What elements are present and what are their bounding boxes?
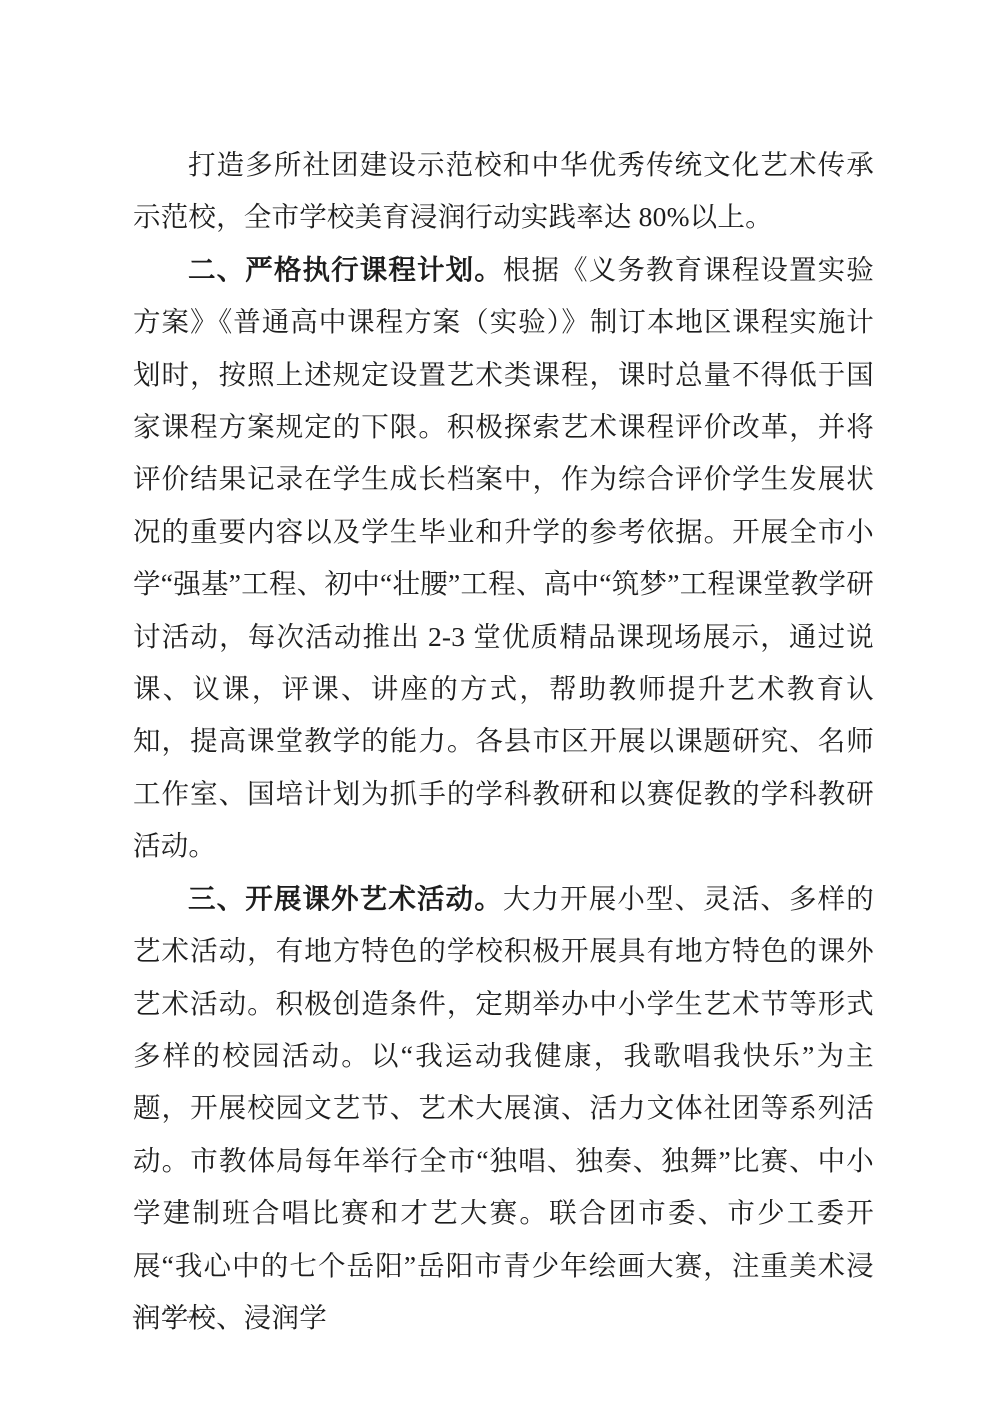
document-body: 打造多所社团建设示范校和中华优秀传统文化艺术传承示范校，全市学校美育浸润行动实践…	[133, 139, 874, 1344]
paragraph-text: 大力开展小型、灵活、多样的艺术活动，有地方特色的学校积极开展具有地方特色的课外艺…	[133, 883, 874, 1333]
paragraph-lead: 三、开展课外艺术活动。	[188, 883, 503, 914]
paragraph-text: 打造多所社团建设示范校和中华优秀传统文化艺术传承示范校，全市学校美育浸润行动实践…	[133, 149, 874, 232]
page-number: — 2 —	[133, 1303, 211, 1328]
paragraph: 打造多所社团建设示范校和中华优秀传统文化艺术传承示范校，全市学校美育浸润行动实践…	[133, 139, 874, 244]
paragraph-text: 根据《义务教育课程设置实验方案》《普通高中课程方案（实验）》制订本地区课程实施计…	[133, 254, 874, 861]
document-page: 打造多所社团建设示范校和中华优秀传统文化艺术传承示范校，全市学校美育浸润行动实践…	[0, 0, 1000, 1414]
paragraph: 三、开展课外艺术活动。大力开展小型、灵活、多样的艺术活动，有地方特色的学校积极开…	[133, 873, 874, 1345]
paragraph: 二、严格执行课程计划。根据《义务教育课程设置实验方案》《普通高中课程方案（实验）…	[133, 244, 874, 873]
paragraph-lead: 二、严格执行课程计划。	[188, 254, 503, 285]
